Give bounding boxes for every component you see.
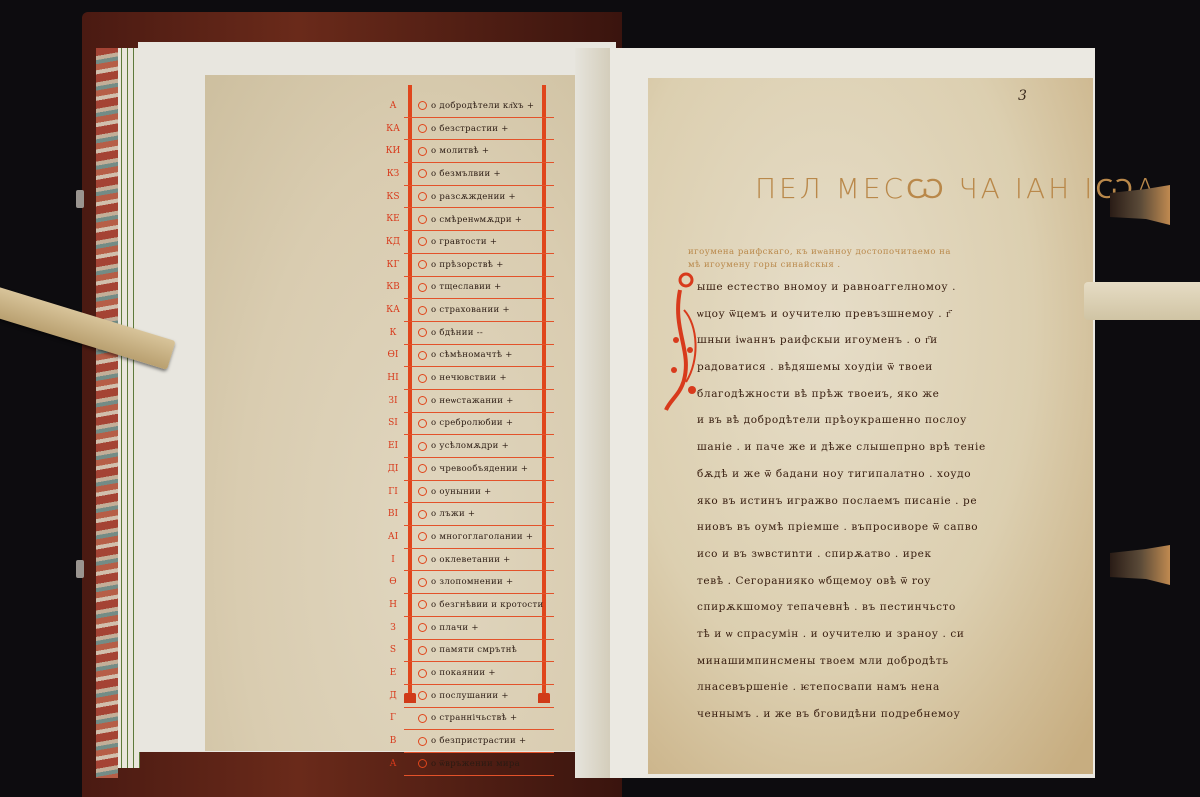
chapter-numeral: ЕI	[384, 441, 402, 451]
circle-bullet-icon	[418, 192, 427, 201]
chapter-numeral: Ѳ	[384, 577, 402, 587]
circle-bullet-icon	[418, 374, 427, 383]
chapter-title: о гравтости +	[431, 237, 497, 247]
table-row: КДо гравтости +	[404, 231, 554, 254]
table-row: КЅо разсѫждении +	[404, 186, 554, 209]
circle-bullet-icon	[418, 555, 427, 564]
chapter-numeral: КА	[384, 305, 402, 315]
chapter-title: о разсѫждении +	[431, 192, 516, 202]
chapter-title: о смѣренѡмѫдри +	[431, 214, 522, 225]
text-line: тѣ и ѡ спрасумін . и оучителю и зранoу .…	[697, 621, 1042, 648]
chapter-title: о оклеветании +	[431, 555, 511, 565]
chapter-numeral: АI	[384, 532, 402, 542]
chapter-title: о плачи +	[431, 623, 479, 633]
table-row: Ао добродѣтели кл҃хъ +	[404, 95, 554, 118]
clasp-hinge-top	[76, 190, 84, 208]
circle-bullet-icon	[418, 714, 427, 723]
chapter-title: о ѿвръжении мира	[431, 758, 520, 769]
chapter-title: о многоглаголании +	[431, 532, 533, 542]
chapter-title: о страннічьствѣ +	[431, 713, 517, 723]
text-line: благодѣжности вѣ прѣж твоеиъ, яко же	[697, 381, 1042, 408]
chapter-numeral: КЕ	[384, 214, 402, 224]
table-row: КЕо смѣренѡмѫдри +	[404, 208, 554, 231]
text-line: ниовъ въ оумѣ пріемше . въпросиворе ѿ са…	[697, 514, 1042, 541]
text-line: тевѣ . Сегоранияко ѡбщемоу овѣ ѿ roy	[697, 568, 1042, 595]
chapter-numeral: КА	[384, 124, 402, 134]
circle-bullet-icon	[418, 101, 427, 110]
table-row: Iо оклеветании +	[404, 549, 554, 572]
chapter-numeral: В	[384, 736, 402, 746]
chapter-numeral: КЅ	[384, 192, 402, 202]
text-line: лнасевършеніе . ѥтепосвапи намъ нена	[697, 674, 1042, 701]
index-rows: Ао добродѣтели кл҃хъ +КАо безстрастии +К…	[404, 95, 554, 776]
table-row: НIо нечювствии +	[404, 367, 554, 390]
page-edges	[118, 48, 140, 768]
chapter-numeral: ЗI	[384, 396, 402, 406]
illuminated-initial-icon	[662, 270, 702, 420]
chapter-title: о безмълвии +	[431, 169, 501, 179]
table-row: КАо безстрастии +	[404, 118, 554, 141]
circle-bullet-icon	[418, 396, 427, 405]
circle-bullet-icon	[418, 306, 427, 315]
circle-bullet-icon	[418, 283, 427, 292]
chapter-title: о бдѣнии --	[431, 328, 483, 338]
text-line: ыше естество вномоу и равноаггелномоу .	[697, 274, 1042, 301]
chapter-title: о злопомнении +	[431, 577, 513, 587]
circle-bullet-icon	[418, 646, 427, 655]
table-row: АIо многоглаголании +	[404, 526, 554, 549]
subtitle-line: мѣ игоумену горы синайскыя .	[688, 260, 841, 270]
chapter-numeral: КВ	[384, 282, 402, 292]
chapter-numeral: ЅI	[384, 418, 402, 428]
chapter-title: о тщеславии +	[431, 282, 502, 292]
chapter-numeral: КГ	[384, 260, 402, 270]
text-line: спирѫкшомоу тепачевнѣ . въ пестинчьсто	[697, 594, 1042, 621]
text-line: и въ вѣ добродѣтели прѣоукрашенно послоу	[697, 407, 1042, 434]
chapter-numeral: I	[384, 555, 402, 565]
chapter-title: о безстрастии +	[431, 124, 509, 134]
text-line: ѡцоу ѿцемъ и оучителю превъзшнемоу . г҃	[697, 301, 1042, 328]
table-row: ВIо лъжи +	[404, 503, 554, 526]
chapter-numeral: ГI	[384, 487, 402, 497]
chapter-numeral: А	[384, 101, 402, 111]
circle-bullet-icon	[418, 215, 427, 224]
table-row: КИо молитвѣ +	[404, 140, 554, 163]
table-row: КАо страховании +	[404, 299, 554, 322]
circle-bullet-icon	[418, 532, 427, 541]
table-row: ДIо чревообъядении +	[404, 458, 554, 481]
table-row: Ко бдѣнии --	[404, 322, 554, 345]
table-row: ѲIо сѣмѣномачтѣ +	[404, 345, 554, 368]
folio-number: 3	[1018, 88, 1027, 104]
chapter-title: о нечювствии +	[431, 373, 507, 383]
table-row: Го страннічьствѣ +	[404, 708, 554, 731]
circle-bullet-icon	[418, 237, 427, 246]
chapter-title: о сѣмѣномачтѣ +	[431, 350, 513, 360]
table-row: Ѳо злопомнении +	[404, 571, 554, 594]
chapter-title: о сребролюбии +	[431, 418, 513, 428]
text-line: ченнымъ . и же въ бговидѣни подребнемоу	[697, 701, 1042, 728]
chapter-title: о добродѣтели кл҃хъ +	[431, 100, 534, 111]
circle-bullet-icon	[418, 623, 427, 632]
chapter-title: о оунынии +	[431, 487, 492, 497]
table-row: ЗIо неѡстажании +	[404, 390, 554, 413]
text-line: радоватися . вѣдяшемы хоудіи ѿ твоеи	[697, 354, 1042, 381]
chapter-numeral: ВI	[384, 509, 402, 519]
chapter-numeral: ДI	[384, 464, 402, 474]
chapter-title: о молитвѣ +	[431, 146, 489, 156]
gold-title: ПЕЛ МЕСѠ ЧА ІАН ІѠА	[755, 172, 1158, 205]
table-row: ГIо оунынии +	[404, 481, 554, 504]
chapter-title: о усѣломѫдри +	[431, 441, 509, 451]
text-line: яко въ истинъ игражво послаемъ писаніе .…	[697, 488, 1042, 515]
circle-bullet-icon	[418, 600, 427, 609]
chapter-numeral: ѲI	[384, 350, 402, 360]
chapter-title: о безпристрастии +	[431, 736, 526, 746]
chapter-numeral: Д	[384, 691, 402, 701]
marbled-edge	[96, 48, 118, 778]
table-row: КГо прѣзорствѣ +	[404, 254, 554, 277]
chapter-numeral: КЗ	[384, 169, 402, 179]
chapter-numeral: З	[384, 623, 402, 633]
chapter-numeral: А	[384, 759, 402, 769]
circle-bullet-icon	[418, 669, 427, 678]
table-row: До послушании +	[404, 685, 554, 708]
chapter-title: о неѡстажании +	[431, 395, 514, 406]
table-row: Ѕо памяти смрътнѣ	[404, 640, 554, 663]
circle-bullet-icon	[418, 169, 427, 178]
circle-bullet-icon	[418, 487, 427, 496]
table-row: Но безгнѣвии и кротости	[404, 594, 554, 617]
chapter-title: о послушании +	[431, 691, 509, 701]
circle-bullet-icon	[418, 759, 427, 768]
circle-bullet-icon	[418, 419, 427, 428]
circle-bullet-icon	[418, 737, 427, 746]
circle-bullet-icon	[418, 464, 427, 473]
text-line: исо и въ зѡвстиnти . спирѫатво . ирек	[697, 541, 1042, 568]
chapter-title: о покаянии +	[431, 668, 496, 678]
chapter-numeral: Ѕ	[384, 645, 402, 655]
text-line: минашимпинсмены твоем мли добродѣть	[697, 648, 1042, 675]
chapter-index-table: Ао добродѣтели кл҃хъ +КАо безстрастии +К…	[404, 85, 554, 697]
chapter-title: о памяти смрътнѣ	[431, 645, 517, 655]
chapter-title: о лъжи +	[431, 509, 475, 519]
text-line: шныи іѡаннъ раифскыи игоуменъ . о г҃и	[697, 327, 1042, 354]
table-row: Ео покаянии +	[404, 662, 554, 685]
circle-bullet-icon	[418, 328, 427, 337]
chapter-numeral: КИ	[384, 146, 402, 156]
table-row: ЅIо сребролюбии +	[404, 413, 554, 436]
chapter-numeral: КД	[384, 237, 402, 247]
chapter-numeral: Н	[384, 600, 402, 610]
circle-bullet-icon	[418, 442, 427, 451]
chapter-title: о прѣзорствѣ +	[431, 260, 504, 270]
table-row: КЗо безмълвии +	[404, 163, 554, 186]
body-text: ыше естество вномоу и равноаггелномоу .ѡ…	[697, 274, 1042, 728]
chapter-numeral: НI	[384, 373, 402, 383]
chapter-title: о безгнѣвии и кротости	[431, 600, 543, 610]
circle-bullet-icon	[418, 147, 427, 156]
subtitle-line: игоумена раифскаго, къ иѡанноу достопочи…	[688, 246, 951, 257]
table-row: Ао ѿвръжении мира	[404, 753, 554, 776]
wooden-page-holder-right	[1084, 282, 1200, 320]
circle-bullet-icon	[418, 691, 427, 700]
chapter-numeral: Г	[384, 713, 402, 723]
circle-bullet-icon	[418, 510, 427, 519]
chapter-title: о страховании +	[431, 305, 510, 315]
table-row: КВо тщеславии +	[404, 277, 554, 300]
table-row: Во безпристрастии +	[404, 730, 554, 753]
chapter-title: о чревообъядении +	[431, 464, 528, 474]
circle-bullet-icon	[418, 260, 427, 269]
table-row: ЕIо усѣломѫдри +	[404, 435, 554, 458]
text-line: шаніе . и паче же и дѣже слышепрно врѣ т…	[697, 434, 1042, 461]
clasp-hinge-bottom	[76, 560, 84, 578]
brass-clasp-bottom	[1110, 545, 1170, 585]
circle-bullet-icon	[418, 124, 427, 133]
circle-bullet-icon	[418, 578, 427, 587]
table-row: Зо плачи +	[404, 617, 554, 640]
circle-bullet-icon	[418, 351, 427, 360]
chapter-numeral: К	[384, 328, 402, 338]
text-line: бѫдѣ и же ѿ бадани ноу тигипалатно . хоу…	[697, 461, 1042, 488]
chapter-numeral: Е	[384, 668, 402, 678]
